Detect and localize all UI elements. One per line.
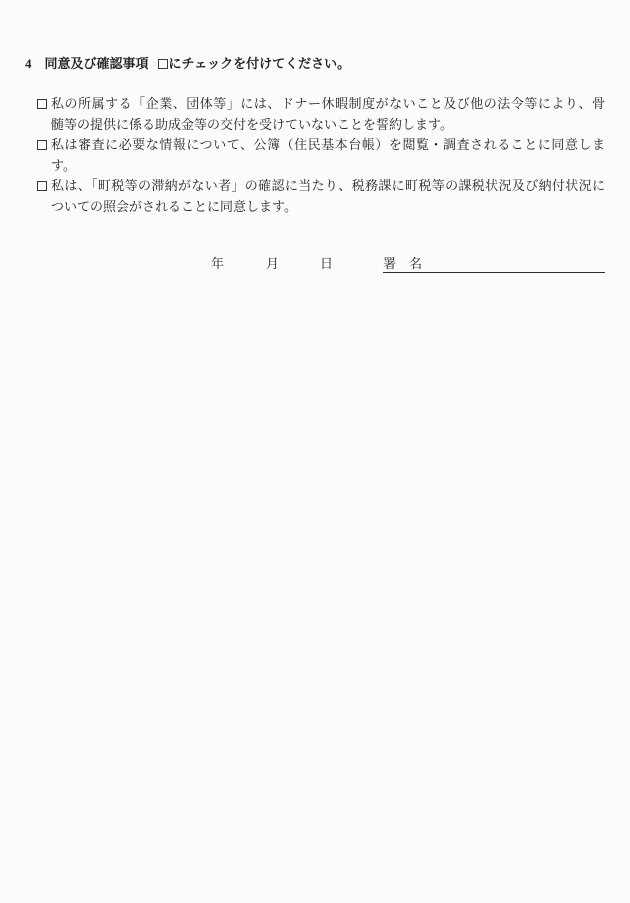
consent-item-text: 私は審査に必要な情報について、公簿（住民基本台帳）を閲覧・調査されることに同意し… bbox=[51, 135, 605, 176]
heading-instruction: にチェックを付けてください。 bbox=[169, 56, 351, 72]
consent-item-line: 髄等の提供に係る助成金等の交付を受けていないことを誓約します。 bbox=[51, 115, 605, 136]
consent-item-line: ついての照会がされることに同意します。 bbox=[51, 197, 605, 218]
agreement-checkbox-3[interactable] bbox=[37, 181, 47, 191]
consent-item-line: 私は審査に必要な情報について、公簿（住民基本台帳）を閲覧・調査されることに同意し… bbox=[51, 135, 605, 156]
signature-line[interactable]: 署 名 bbox=[383, 256, 605, 273]
consent-item-line: 私の所属する「企業、団体等」には、ドナー休暇制度がないこと及び他の法令等により、… bbox=[51, 94, 605, 115]
signature-label: 署 名 bbox=[383, 256, 422, 271]
agreement-checkbox-2[interactable] bbox=[37, 140, 47, 150]
consent-item-text: 私は、「町税等の滞納がない者」の確認に当たり、税務課に町税等の課税状況及び納付状… bbox=[51, 176, 605, 217]
consent-item: 私は、「町税等の滞納がない者」の確認に当たり、税務課に町税等の課税状況及び納付状… bbox=[37, 176, 605, 217]
consent-item: 私の所属する「企業、団体等」には、ドナー休暇制度がないこと及び他の法令等により、… bbox=[37, 94, 605, 135]
checkbox-icon bbox=[158, 59, 168, 69]
signature-row: 年 月 日 署 名 bbox=[0, 256, 630, 278]
consent-item-line: 私は、「町税等の滞納がない者」の確認に当たり、税務課に町税等の課税状況及び納付状… bbox=[51, 176, 605, 197]
section-number: 4 bbox=[25, 56, 32, 72]
day-label: 日 bbox=[320, 256, 333, 271]
month-label: 月 bbox=[266, 256, 279, 271]
consent-items: 私の所属する「企業、団体等」には、ドナー休暇制度がないこと及び他の法令等により、… bbox=[37, 94, 605, 217]
section-title: 同意及び確認事項 bbox=[45, 56, 149, 72]
consent-item-text: 私の所属する「企業、団体等」には、ドナー休暇制度がないこと及び他の法令等により、… bbox=[51, 94, 605, 135]
year-label: 年 bbox=[211, 256, 224, 271]
consent-item-line: す。 bbox=[51, 156, 605, 177]
consent-item: 私は審査に必要な情報について、公簿（住民基本台帳）を閲覧・調査されることに同意し… bbox=[37, 135, 605, 176]
document-page: 4同意及び確認事項にチェックを付けてください。 私の所属する「企業、団体等」には… bbox=[0, 0, 630, 903]
section-heading: 4同意及び確認事項にチェックを付けてください。 bbox=[25, 56, 350, 72]
agreement-checkbox-1[interactable] bbox=[37, 99, 47, 109]
